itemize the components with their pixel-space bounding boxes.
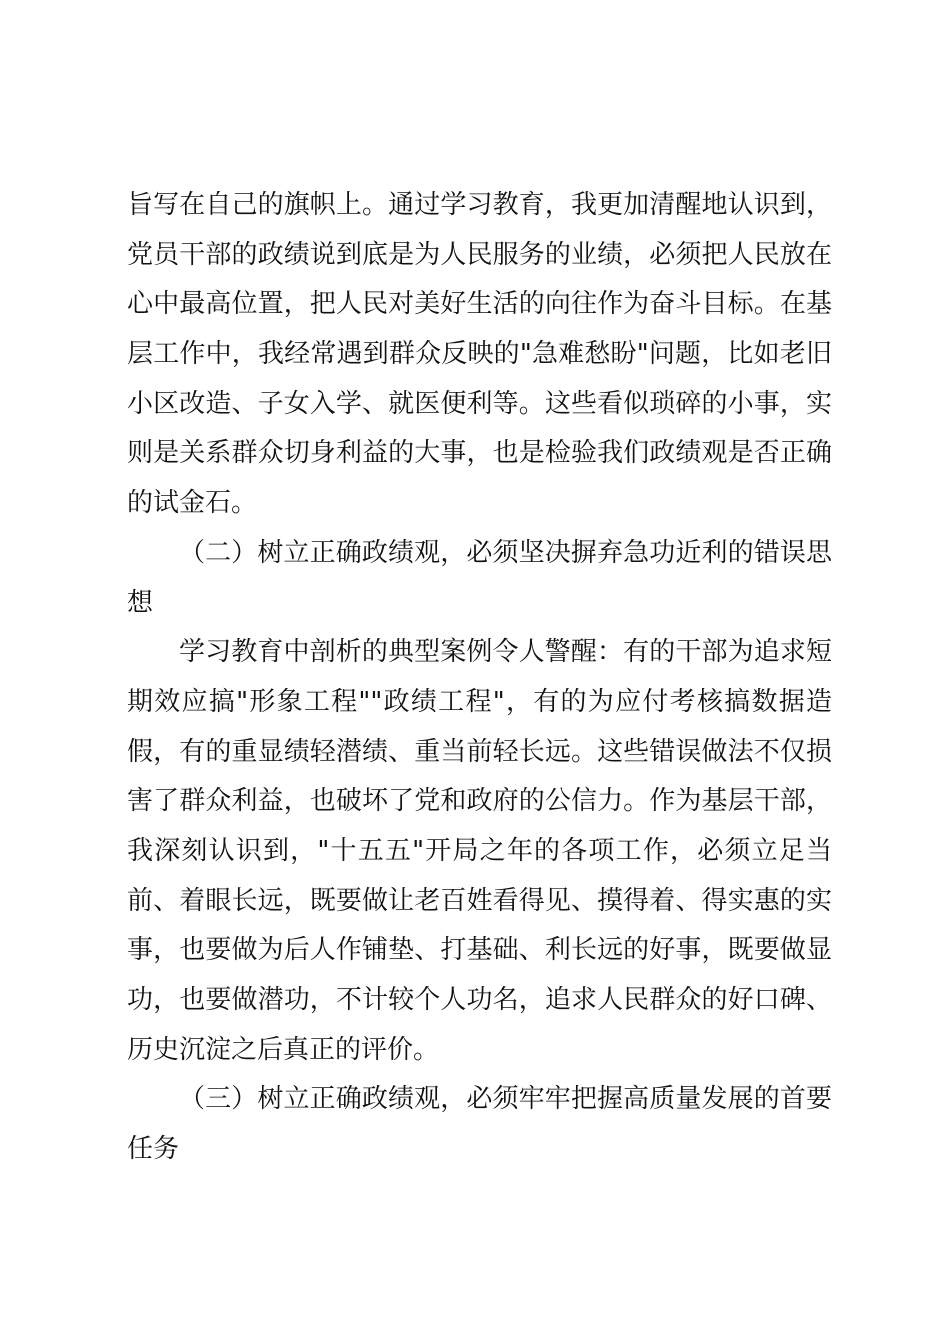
text-line: 前、着眼长远，既要做让老百姓看得见、摸得着、得实惠的实 [127,877,832,927]
text-line: 假，有的重显绩轻潜绩、重当前轻长远。这些错误做法不仅损 [127,728,832,778]
heading-line: （三）树立正确政绩观，必须牢牢把握高质量发展的首要 [127,1075,832,1125]
text-line: 期效应搞"形象工程""政绩工程"，有的为应付考核搞数据造 [127,678,832,728]
text-line: 害了群众利益，也破坏了党和政府的公信力。作为基层干部， [127,777,832,827]
document-page: 旨写在自己的旗帜上。通过学习教育，我更加清醒地认识到， 党员干部的政绩说到底是为… [127,181,832,1175]
body-paragraph: 旨写在自己的旗帜上。通过学习教育，我更加清醒地认识到， 党员干部的政绩说到底是为… [127,181,832,529]
section-heading-3: （三）树立正确政绩观，必须牢牢把握高质量发展的首要 任务 [127,1075,832,1174]
body-paragraph: 学习教育中剖析的典型案例令人警醒：有的干部为追求短 期效应搞"形象工程""政绩工… [127,628,832,1075]
text-line: 层工作中，我经常遇到群众反映的"急难愁盼"问题，比如老旧 [127,330,832,380]
heading-line: 任务 [127,1125,832,1175]
text-line: 旨写在自己的旗帜上。通过学习教育，我更加清醒地认识到， [127,181,832,231]
text-line: 功，也要做潜功，不计较个人功名，追求人民群众的好口碑、 [127,976,832,1026]
text-line: 事，也要做为后人作铺垫、打基础、利长远的好事，既要做显 [127,926,832,976]
text-line: 党员干部的政绩说到底是为人民服务的业绩，必须把人民放在 [127,231,832,281]
heading-line: （二）树立正确政绩观，必须坚决摒弃急功近利的错误思 [127,529,832,579]
text-line: 我深刻认识到，"十五五"开局之年的各项工作，必须立足当 [127,827,832,877]
text-line: 历史沉淀之后真正的评价。 [127,1026,832,1076]
heading-line: 想 [127,579,832,629]
text-line: 学习教育中剖析的典型案例令人警醒：有的干部为追求短 [127,628,832,678]
section-heading-2: （二）树立正确政绩观，必须坚决摒弃急功近利的错误思 想 [127,529,832,628]
text-line: 则是关系群众切身利益的大事，也是检验我们政绩观是否正确 [127,429,832,479]
text-line: 的试金石。 [127,479,832,529]
text-line: 小区改造、子女入学、就医便利等。这些看似琐碎的小事，实 [127,380,832,430]
text-line: 心中最高位置，把人民对美好生活的向往作为奋斗目标。在基 [127,280,832,330]
